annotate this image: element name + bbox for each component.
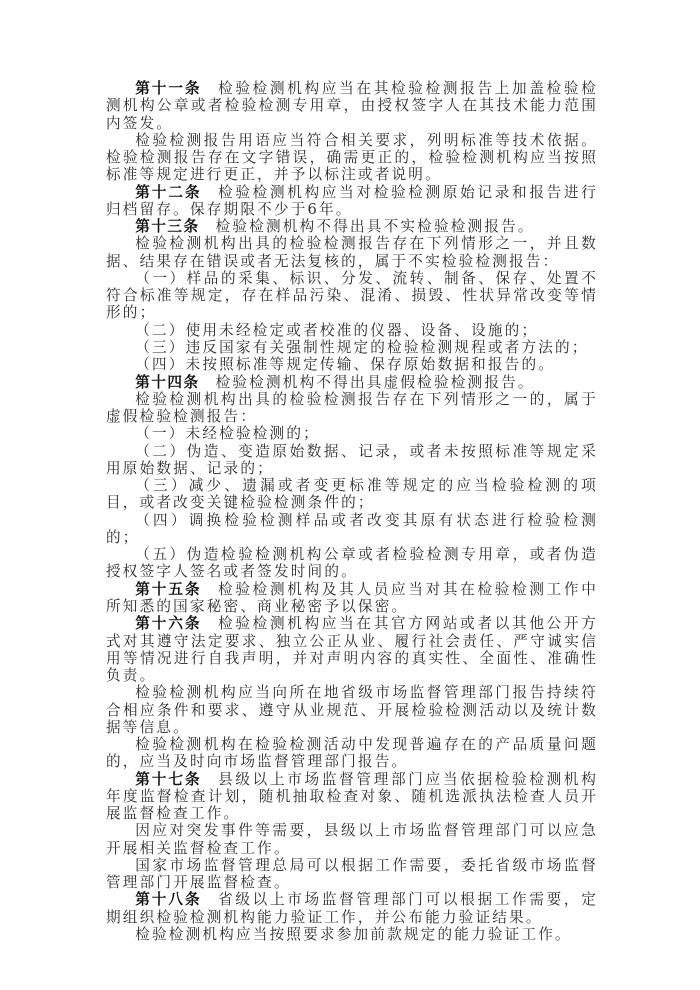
paragraph-article-15: 第十五条检验检测机构及其人员应当对其在检验检测工作中所知悉的国家秘密、商业秘密予… [106, 581, 598, 616]
list-item: （三）减少、遗漏或者变更标准等规定的应当检验检测的项目，或者改变关键检验检测条件… [106, 477, 598, 512]
paragraph-article-18: 第十八条省级以上市场监督管理部门可以根据工作需要，定期组织检验检测机构能力验证工… [106, 891, 598, 926]
article-number: 第十一条 [135, 80, 201, 97]
list-item: （四）调换检验检测样品或者改变其原有状态进行检验检测的； [106, 512, 598, 547]
list-item: （三）违反国家有关强制性规定的检验检测规程或者方法的； [106, 339, 598, 356]
paragraph-text: （四）未按照标准等规定传输、保存原始数据和报告的。 [135, 356, 555, 373]
paragraph: 检验检测机构出具的检验检测报告存在下列情形之一，并且数据、结果存在错误或者无法复… [106, 235, 598, 270]
paragraph-text: 检验检测报告用语应当符合相关要求，列明标准等技术依据。检验检测报告存在文字错误，… [106, 132, 598, 184]
paragraph-article-13: 第十三条检验检测机构不得出具不实检验检测报告。 [106, 218, 598, 235]
list-item: （五）伪造检验检测机构公章或者检验检测专用章，或者伪造授权签字人签名或者签发时间… [106, 546, 598, 581]
paragraph-text: （二）伪造、变造原始数据、记录，或者未按照标准等规定采用原始数据、记录的； [106, 443, 598, 477]
list-item: （一）样品的采集、标识、分发、流转、制备、保存、处置不符合标准等规定，存在样品污… [106, 270, 598, 322]
paragraph: 检验检测报告用语应当符合相关要求，列明标准等技术依据。检验检测报告存在文字错误，… [106, 132, 598, 184]
article-number: 第十五条 [135, 581, 201, 598]
article-number: 第十二条 [135, 184, 201, 201]
paragraph-article-11: 第十一条检验检测机构应当在其检验检测报告上加盖检验检测机构公章或者检验检测专用章… [106, 80, 598, 132]
paragraph: 检验检测机构应当按照要求参加前款规定的能力验证工作。 [106, 926, 598, 943]
list-item: （二）使用未经检定或者校准的仪器、设备、设施的； [106, 322, 598, 339]
article-number: 第十六条 [135, 615, 201, 632]
document-page: 第十一条检验检测机构应当在其检验检测报告上加盖检验检测机构公章或者检验检测专用章… [106, 80, 598, 943]
paragraph-text: （二）使用未经检定或者校准的仪器、设备、设施的； [135, 322, 538, 339]
paragraph-text: 检验检测机构应当向所在地省级市场监督管理部门报告持续符合相应条件和要求、遵守从业… [106, 684, 598, 736]
paragraph-text: 因应对突发事件等需要，县级以上市场监督管理部门可以应急开展相关监督检查工作。 [106, 822, 598, 856]
article-number: 第十三条 [135, 218, 199, 235]
paragraph-text: 检验检测机构出具的检验检测报告存在下列情形之一的，属于虚假检验检测报告： [106, 391, 598, 425]
paragraph-text: 检验检测机构出具的检验检测报告存在下列情形之一，并且数据、结果存在错误或者无法复… [106, 235, 598, 269]
list-item: （一）未经检验检测的； [106, 425, 598, 442]
paragraph-text: 检验检测机构在检验检测活动中发现普遍存在的产品质量问题的，应当及时向市场监督管理… [106, 736, 598, 770]
paragraph-text: （三）违反国家有关强制性规定的检验检测规程或者方法的； [135, 339, 588, 356]
paragraph-article-12: 第十二条检验检测机构应当对检验检测原始记录和报告进行归档留存。保存期限不少于6年… [106, 184, 598, 219]
paragraph-text: （一）样品的采集、标识、分发、流转、制备、保存、处置不符合标准等规定，存在样品污… [106, 270, 598, 322]
list-item: （四）未按照标准等规定传输、保存原始数据和报告的。 [106, 356, 598, 373]
list-item: （二）伪造、变造原始数据、记录，或者未按照标准等规定采用原始数据、记录的； [106, 443, 598, 478]
article-number: 第十七条 [135, 771, 201, 788]
paragraph: 检验检测机构应当向所在地省级市场监督管理部门报告持续符合相应条件和要求、遵守从业… [106, 684, 598, 736]
paragraph: 国家市场监督管理总局可以根据工作需要，委托省级市场监督管理部门开展监督检查。 [106, 857, 598, 892]
article-number: 第十八条 [135, 891, 201, 908]
paragraph-text: 国家市场监督管理总局可以根据工作需要，委托省级市场监督管理部门开展监督检查。 [106, 857, 598, 891]
paragraph-article-17: 第十七条县级以上市场监督管理部门应当依据检验检测机构年度监督检查计划，随机抽取检… [106, 771, 598, 823]
paragraph-article-16: 第十六条检验检测机构应当在其官方网站或者以其他公开方式对其遵守法定要求、独立公正… [106, 615, 598, 684]
paragraph-text: （三）减少、遗漏或者变更标准等规定的应当检验检测的项目，或者改变关键检验检测条件… [106, 477, 598, 511]
paragraph-text: （四）调换检验检测样品或者改变其原有状态进行检验检测的； [106, 512, 598, 546]
paragraph-text: 检验检测机构不得出具虚假检验检测报告。 [216, 374, 535, 391]
paragraph-text: 检验检测机构应当按照要求参加前款规定的能力验证工作。 [135, 926, 572, 943]
paragraph-text: （一）未经检验检测的； [135, 425, 320, 442]
paragraph-text: （五）伪造检验检测机构公章或者检验检测专用章，或者伪造授权签字人签名或者签发时间… [106, 546, 598, 580]
paragraph-text: 检验检测机构不得出具不实检验检测报告。 [216, 218, 535, 235]
paragraph-article-14: 第十四条检验检测机构不得出具虚假检验检测报告。 [106, 374, 598, 391]
paragraph: 检验检测机构在检验检测活动中发现普遍存在的产品质量问题的，应当及时向市场监督管理… [106, 736, 598, 771]
article-number: 第十四条 [135, 374, 199, 391]
paragraph: 检验检测机构出具的检验检测报告存在下列情形之一的，属于虚假检验检测报告： [106, 391, 598, 426]
paragraph: 因应对突发事件等需要，县级以上市场监督管理部门可以应急开展相关监督检查工作。 [106, 822, 598, 857]
